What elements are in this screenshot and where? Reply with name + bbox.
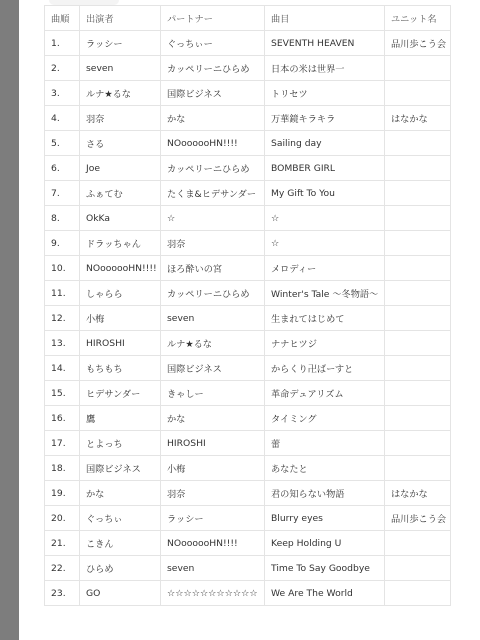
cell-unit <box>385 156 451 181</box>
cell-no: 13. <box>45 331 80 356</box>
cell-performer: 羽奈 <box>80 106 161 131</box>
cell-partner: 羽奈 <box>161 481 265 506</box>
cell-no: 2. <box>45 56 80 81</box>
table-row: 8.OkKa☆☆ <box>45 206 451 231</box>
cell-unit <box>385 456 451 481</box>
cell-performer: ヒデサンダー <box>80 381 161 406</box>
cell-performer: ラッシー <box>80 31 161 56</box>
table-row: 11.しゃららカッペリーニひらめWinter's Tale 〜冬物語〜 <box>45 281 451 306</box>
cell-partner: ぐっちぃー <box>161 31 265 56</box>
cell-no: 22. <box>45 556 80 581</box>
table-row: 9.ドラッちゃん羽奈☆ <box>45 231 451 256</box>
cell-no: 8. <box>45 206 80 231</box>
table-row: 21.こきんNOooooοHN!!!!Keep Holding U <box>45 531 451 556</box>
cell-performer: ルナ★るな <box>80 81 161 106</box>
header-partner: パートナー <box>161 6 265 31</box>
cell-performer: ひらめ <box>80 556 161 581</box>
header-unit: ユニット名 <box>385 6 451 31</box>
cell-unit <box>385 306 451 331</box>
cell-unit <box>385 431 451 456</box>
cell-song: 蕾 <box>265 431 385 456</box>
header-order: 曲順 <box>45 6 80 31</box>
table-row: 2.sevenカッペリーニひらめ日本の米は世界一 <box>45 56 451 81</box>
cell-partner: かな <box>161 106 265 131</box>
cell-partner: たくま&ヒデサンダー <box>161 181 265 206</box>
table-row: 6.JoeカッペリーニひらめBOMBER GIRL <box>45 156 451 181</box>
cell-song: 革命デュアリズム <box>265 381 385 406</box>
table-row: 19.かな羽奈君の知らない物語はなかな <box>45 481 451 506</box>
cell-song: ☆ <box>265 206 385 231</box>
cell-performer: GO <box>80 581 161 606</box>
cell-song: トリセツ <box>265 81 385 106</box>
cell-unit <box>385 81 451 106</box>
cell-song: ☆ <box>265 231 385 256</box>
cell-unit <box>385 281 451 306</box>
table-row: 13.HIROSHIルナ★るなナナヒツジ <box>45 331 451 356</box>
cell-song: Winter's Tale 〜冬物語〜 <box>265 281 385 306</box>
cell-partner: 小梅 <box>161 456 265 481</box>
cell-partner: 羽奈 <box>161 231 265 256</box>
cell-partner: カッペリーニひらめ <box>161 56 265 81</box>
cell-performer: 小梅 <box>80 306 161 331</box>
cell-unit <box>385 56 451 81</box>
cell-song: BOMBER GIRL <box>265 156 385 181</box>
table-row: 22.ひらめsevenTime To Say Goodbye <box>45 556 451 581</box>
cell-song: 万華鏡キラキラ <box>265 106 385 131</box>
cell-performer: 国際ビジネス <box>80 456 161 481</box>
table-row: 18.国際ビジネス小梅あなたと <box>45 456 451 481</box>
cell-performer: NOooooοHN!!!! <box>80 256 161 281</box>
cell-song: メロディー <box>265 256 385 281</box>
table-row: 7.ふぁてむたくま&ヒデサンダーMy Gift To You <box>45 181 451 206</box>
cell-partner: ルナ★るな <box>161 331 265 356</box>
cell-partner: かな <box>161 406 265 431</box>
table-row: 5.さるNOooooοHN!!!!Sailing day <box>45 131 451 156</box>
header-performer: 出演者 <box>80 6 161 31</box>
cell-partner: 国際ビジネス <box>161 356 265 381</box>
cell-no: 11. <box>45 281 80 306</box>
cell-no: 6. <box>45 156 80 181</box>
cell-performer: HIROSHI <box>80 331 161 356</box>
cell-unit <box>385 256 451 281</box>
cell-song: We Are The World <box>265 581 385 606</box>
cell-no: 17. <box>45 431 80 456</box>
cell-no: 15. <box>45 381 80 406</box>
cell-unit <box>385 131 451 156</box>
cell-no: 7. <box>45 181 80 206</box>
cell-partner: seven <box>161 306 265 331</box>
cell-song: あなたと <box>265 456 385 481</box>
cell-song: 君の知らない物語 <box>265 481 385 506</box>
cell-partner: カッペリーニひらめ <box>161 281 265 306</box>
cell-performer: しゃらら <box>80 281 161 306</box>
cell-song: Keep Holding U <box>265 531 385 556</box>
cell-partner: ほろ酔いの宮 <box>161 256 265 281</box>
cell-partner: HIROSHI <box>161 431 265 456</box>
cell-performer: とよっち <box>80 431 161 456</box>
cell-performer: OkKa <box>80 206 161 231</box>
cell-no: 3. <box>45 81 80 106</box>
table-row: 12.小梅seven生まれてはじめて <box>45 306 451 331</box>
cell-unit: 品川歩こう会 <box>385 506 451 531</box>
cell-performer: ふぁてむ <box>80 181 161 206</box>
cell-partner: カッペリーニひらめ <box>161 156 265 181</box>
cell-performer: さる <box>80 131 161 156</box>
cell-no: 4. <box>45 106 80 131</box>
cell-unit <box>385 356 451 381</box>
table-row: 4.羽奈かな万華鏡キラキラはなかな <box>45 106 451 131</box>
table-row: 16.鷹かなタイミング <box>45 406 451 431</box>
cell-performer: もちもち <box>80 356 161 381</box>
cell-unit: はなかな <box>385 106 451 131</box>
cell-no: 9. <box>45 231 80 256</box>
cell-partner: ☆ <box>161 206 265 231</box>
header-song: 曲目 <box>265 6 385 31</box>
cell-no: 16. <box>45 406 80 431</box>
cell-no: 10. <box>45 256 80 281</box>
table-body: 1.ラッシーぐっちぃーSEVENTH HEAVEN品川歩こう会2.sevenカッ… <box>45 31 451 606</box>
table-row: 14.もちもち国際ビジネスからくり卍ばーすと <box>45 356 451 381</box>
cell-no: 20. <box>45 506 80 531</box>
cell-unit <box>385 581 451 606</box>
table-row: 3.ルナ★るな国際ビジネストリセツ <box>45 81 451 106</box>
cell-song: ナナヒツジ <box>265 331 385 356</box>
cell-performer: Joe <box>80 156 161 181</box>
cell-no: 18. <box>45 456 80 481</box>
setlist-table: 曲順 出演者 パートナー 曲目 ユニット名 1.ラッシーぐっちぃーSEVENTH… <box>44 5 451 606</box>
cell-partner: seven <box>161 556 265 581</box>
cell-no: 23. <box>45 581 80 606</box>
viewer-side-strip <box>0 0 19 640</box>
cell-song: Sailing day <box>265 131 385 156</box>
cell-partner: NOooooοHN!!!! <box>161 531 265 556</box>
table-row: 15.ヒデサンダーきゃしー革命デュアリズム <box>45 381 451 406</box>
cell-partner: ☆☆☆☆☆☆☆☆☆☆☆ <box>161 581 265 606</box>
table-header-row: 曲順 出演者 パートナー 曲目 ユニット名 <box>45 6 451 31</box>
cell-no: 19. <box>45 481 80 506</box>
cell-performer: かな <box>80 481 161 506</box>
cell-partner: きゃしー <box>161 381 265 406</box>
cell-unit <box>385 556 451 581</box>
table-row: 20.ぐっちぃラッシーBlurry eyes品川歩こう会 <box>45 506 451 531</box>
cell-song: My Gift To You <box>265 181 385 206</box>
cell-unit <box>385 181 451 206</box>
cell-song: SEVENTH HEAVEN <box>265 31 385 56</box>
cell-song: 日本の米は世界一 <box>265 56 385 81</box>
cell-unit <box>385 381 451 406</box>
cell-unit <box>385 231 451 256</box>
table-row: 10.NOooooοHN!!!!ほろ酔いの宮メロディー <box>45 256 451 281</box>
cell-song: 生まれてはじめて <box>265 306 385 331</box>
cell-unit: はなかな <box>385 481 451 506</box>
cell-no: 21. <box>45 531 80 556</box>
cell-performer: 鷹 <box>80 406 161 431</box>
cell-unit <box>385 331 451 356</box>
document-page: 曲順 出演者 パートナー 曲目 ユニット名 1.ラッシーぐっちぃーSEVENTH… <box>19 0 480 640</box>
cell-unit: 品川歩こう会 <box>385 31 451 56</box>
cell-no: 5. <box>45 131 80 156</box>
cell-partner: ラッシー <box>161 506 265 531</box>
cell-song: からくり卍ばーすと <box>265 356 385 381</box>
cell-performer: ドラッちゃん <box>80 231 161 256</box>
cell-song: Time To Say Goodbye <box>265 556 385 581</box>
cell-unit <box>385 206 451 231</box>
cell-no: 12. <box>45 306 80 331</box>
table-row: 17.とよっちHIROSHI蕾 <box>45 431 451 456</box>
cell-unit <box>385 531 451 556</box>
cell-no: 14. <box>45 356 80 381</box>
cell-no: 1. <box>45 31 80 56</box>
cell-partner: NOooooοHN!!!! <box>161 131 265 156</box>
cell-partner: 国際ビジネス <box>161 81 265 106</box>
cell-unit <box>385 406 451 431</box>
cell-performer: seven <box>80 56 161 81</box>
table-row: 1.ラッシーぐっちぃーSEVENTH HEAVEN品川歩こう会 <box>45 31 451 56</box>
cell-performer: こきん <box>80 531 161 556</box>
cell-song: Blurry eyes <box>265 506 385 531</box>
cell-performer: ぐっちぃ <box>80 506 161 531</box>
cell-song: タイミング <box>265 406 385 431</box>
table-row: 23.GO☆☆☆☆☆☆☆☆☆☆☆We Are The World <box>45 581 451 606</box>
